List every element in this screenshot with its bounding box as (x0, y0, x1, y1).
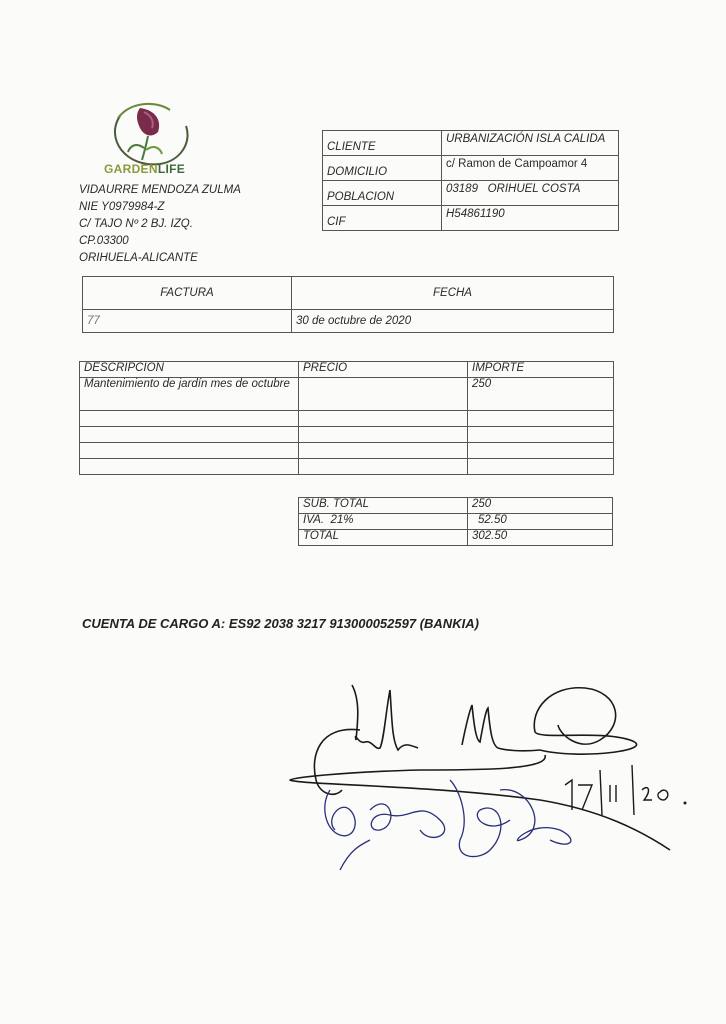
total-label: TOTAL (299, 530, 468, 546)
table-row: Mantenimiento de jardín mes de octubre 2… (80, 378, 614, 411)
iva-label: IVA. 21% (299, 514, 468, 530)
domicilio-value: c/ Ramon de Campoamor 4 (442, 156, 619, 181)
subtotal-value: 250 (468, 498, 613, 514)
item-description: Mantenimiento de jardín mes de octubre (80, 378, 299, 411)
iva-value: 52.50 (468, 514, 613, 530)
issuer-postcode: CP.03300 (79, 233, 241, 250)
table-row (80, 459, 614, 475)
client-label: CLIENTE (323, 131, 442, 156)
invoice-number: 77 (83, 310, 292, 333)
fecha-header: FECHA (292, 277, 614, 310)
subtotal-label: SUB. TOTAL (299, 498, 468, 514)
domicilio-label: DOMICILIO (323, 156, 442, 181)
table-row (80, 443, 614, 459)
bank-account: CUENTA DE CARGO A: ES92 2038 3217 913000… (82, 616, 479, 631)
item-amount: 250 (468, 378, 614, 411)
total-value: 302.50 (468, 530, 613, 546)
importe-header: IMPORTE (468, 362, 614, 378)
precio-header: PRECIO (299, 362, 468, 378)
issuer-city: ORIHUELA-ALICANTE (79, 250, 241, 267)
issuer-address: VIDAURRE MENDOZA ZULMA NIE Y0979984-Z C/… (79, 182, 241, 267)
invoice-date: 30 de octubre de 2020 (292, 310, 614, 333)
issuer-nie: NIE Y0979984-Z (79, 199, 241, 216)
issuer-name: VIDAURRE MENDOZA ZULMA (79, 182, 241, 199)
table-row (80, 411, 614, 427)
factura-header: FACTURA (83, 277, 292, 310)
cif-label: CIF (323, 206, 442, 231)
descripcion-header: DESCRIPCION (80, 362, 299, 378)
poblacion-value: 03189 ORIHUEL COSTA (442, 181, 619, 206)
issuer-street: C/ TAJO Nº 2 BJ. IZQ. (79, 216, 241, 233)
totals-table: SUB. TOTAL250 IVA. 21%52.50 TOTAL302.50 (298, 497, 613, 546)
brand-part2: LIFE (158, 162, 185, 176)
client-row: CLIENTEURBANIZACIÓN ISLA CALIDA (323, 131, 619, 156)
client-row: CIFH54861190 (323, 206, 619, 231)
cif-value: H54861190 (442, 206, 619, 231)
signature-icon (280, 670, 700, 890)
item-price (299, 378, 468, 411)
items-header-row: DESCRIPCION PRECIO IMPORTE (80, 362, 614, 378)
client-row: POBLACION03189 ORIHUEL COSTA (323, 181, 619, 206)
brand-part1: GARDEN (104, 162, 158, 176)
poblacion-label: POBLACION (323, 181, 442, 206)
brand-name: GARDENLIFE (104, 162, 185, 176)
items-table: DESCRIPCION PRECIO IMPORTE Mantenimiento… (79, 361, 614, 475)
table-row (80, 427, 614, 443)
client-value: URBANIZACIÓN ISLA CALIDA (442, 131, 619, 156)
client-table: CLIENTEURBANIZACIÓN ISLA CALIDA DOMICILI… (322, 130, 619, 231)
client-row: DOMICILIOc/ Ramon de Campoamor 4 (323, 156, 619, 181)
invoice-info-table: FACTURA FECHA 77 30 de octubre de 2020 (82, 276, 614, 333)
